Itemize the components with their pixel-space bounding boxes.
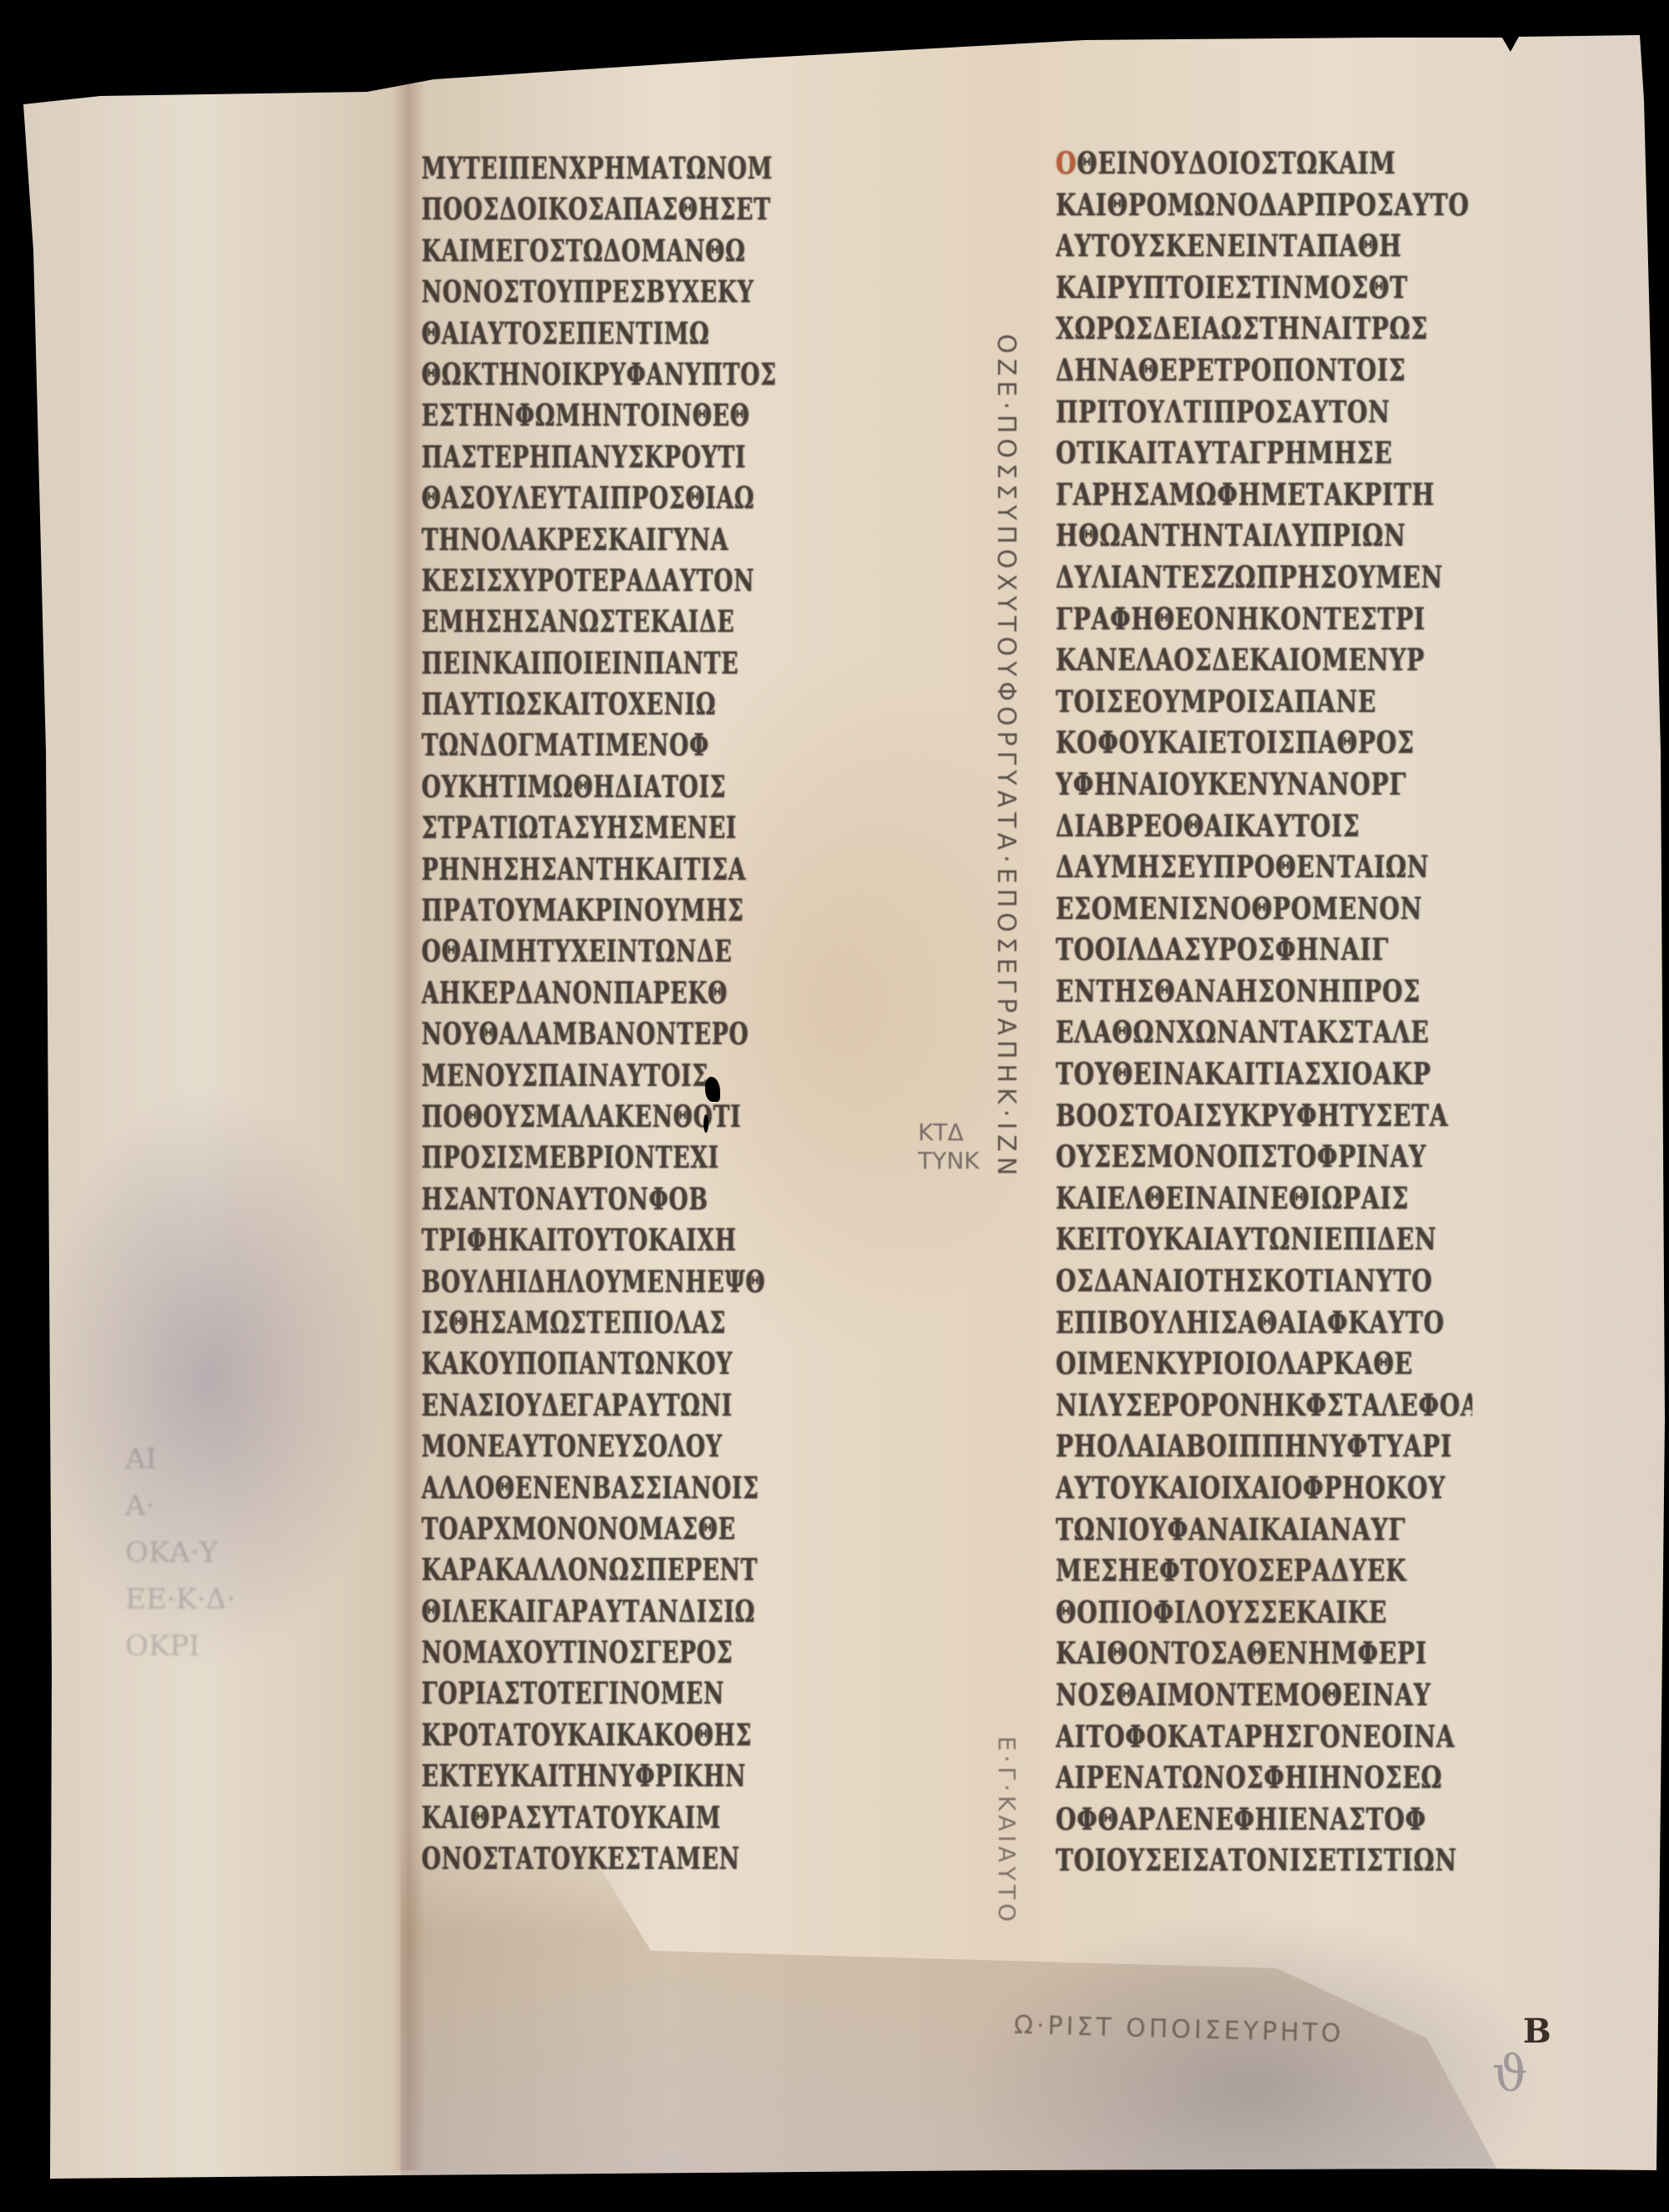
text-line-content: ΤΡΙΦΗΚΑΙΤΟΥΤΟΚΑΙΧΗ bbox=[421, 1223, 737, 1258]
text-line-content: ΤΟΑΡΧΜΟΝΟΝΟΜΑΣΘΕ bbox=[421, 1512, 736, 1547]
faded-line: Α· bbox=[125, 1482, 235, 1529]
text-line: ΑΙΤΟΦΟΚΑΤΑΡΗΣΓΟΝΕΟΙΝΑ bbox=[1056, 1717, 1472, 1759]
text-line-content: ΓΟΡΙΑΣΤΟΤΕΓΙΝΟΜΕΝ bbox=[421, 1676, 724, 1711]
text-line: ΣΤΡΑΤΙΩΤΑΣΥΗΣΜΕΝΕΙ bbox=[421, 808, 779, 849]
text-line: ΥΦΗΝΑΙΟΥΚΕΝΥΝΑΝΟΡΓ bbox=[1056, 765, 1472, 806]
text-line: ΝΟΣΘΑΙΜΟΝΤΕΜΟΘΕΙΝΑΥ bbox=[1056, 1675, 1472, 1717]
text-line-content: ΔΗΝΑΘΕΡΕΤΡΟΠΟΝΤΟΙΣ bbox=[1056, 353, 1406, 388]
text-line-content: ΘΑΙΑΥΤΟΣΕΠΕΝΤΙΜΩ bbox=[421, 316, 709, 351]
text-line: ΠΕΙΝΚΑΙΠΟΙΕΙΝΠΑΝΤΕ bbox=[421, 644, 779, 684]
text-line-content: ΤΗΝΟΛΑΚΡΕΣΚΑΙΓΥΝΑ bbox=[421, 523, 729, 558]
parchment-hole bbox=[703, 1114, 708, 1133]
text-line-content: ΑΥΤΟΥΚΑΙΟΙΧΑΙΟΦΡΗΟΚΟΥ bbox=[1056, 1471, 1445, 1506]
text-line-content: ΚΑΚΟΥΠΟΠΑΝΤΩΝΚΟΥ bbox=[421, 1346, 733, 1381]
text-line: ΝΙΛΥΣΕΡΟΡΟΝΗΚΦΣΤΑΛΕΦΟΑ bbox=[1056, 1386, 1472, 1427]
text-line-content: ΘΩΚΤΗΝΟΙΚΡΥΦΑΝΥΠΤΟΣ bbox=[421, 357, 777, 392]
text-line: ΕΝΑΣΙΟΥΔΕΓΑΡΑΥΤΩΝΙ bbox=[421, 1386, 779, 1427]
text-line-content: ΕΝΤΗΣΘΑΝΑΗΣΟΝΗΠΡΟΣ bbox=[1056, 974, 1420, 1009]
text-line-content: ΥΦΗΝΑΙΟΥΚΕΝΥΝΑΝΟΡΓ bbox=[1056, 767, 1406, 802]
text-line: ΚΑΙΜΕΓΟΣΤΩΔΟΜΑΝΘΩ bbox=[421, 231, 779, 272]
text-line-content: ΟΣΔΑΝΑΙΟΤΗΣΚΟΤΙΑΝΥΤΟ bbox=[1056, 1264, 1433, 1299]
text-line: ΘΩΚΤΗΝΟΙΚΡΥΦΑΝΥΠΤΟΣ bbox=[421, 355, 779, 396]
text-line-content: ΚΑΝΕΛΑΟΣΔΕΚΑΙΟΜΕΝΥΡ bbox=[1056, 643, 1424, 678]
text-line: ΝΟΥΘΑΛΑΜΒΑΝΟΝΤΕΡΟ bbox=[421, 1014, 779, 1055]
side-note-line: ΤΥΝΚ bbox=[918, 1147, 980, 1175]
text-line: ΕΜΗΣΗΣΑΝΩΣΤΕΚΑΙΔΕ bbox=[421, 602, 779, 643]
rubricated-initial: Ο bbox=[1056, 146, 1077, 181]
text-line-content: ΟΙΜΕΝΚΥΡΙΟΙΟΛΑΡΚΑΘΕ bbox=[1056, 1346, 1413, 1381]
text-line: ΝΟΝΟΣΤΟΥΠΡΕΣΒΥΧΕΚΥ bbox=[421, 272, 779, 313]
text-line: ΗΘΩΑΝΤΗΝΤΑΙΛΥΠΡΙΩΝ bbox=[1056, 516, 1472, 558]
text-line-content: ΚΑΙΘΡΑΣΥΤΑΤΟΥΚΑΙΜ bbox=[421, 1800, 721, 1836]
text-line-content: ΓΡΑΦΗΘΕΟΝΗΚΟΝΤΕΣΤΡΙ bbox=[1056, 602, 1425, 637]
text-line: ΜΕΝΟΥΣΠΑΙΝΑΥΤΟΙΣ bbox=[421, 1056, 779, 1097]
text-line: ΟΦΘΑΡΛΕΝΕΦΗΙΕΝΑΣΤΟΦ bbox=[1056, 1800, 1472, 1841]
text-line-content: ΚΑΙΡΥΠΤΟΙΕΣΤΙΝΜΟΣΘΤ bbox=[1056, 270, 1408, 306]
left-margin-faded-text: ΑΙ Α· ΟΚΑ·Υ ΕΕ·Κ·Δ· ΟΚΡΙ bbox=[125, 1436, 235, 1669]
text-line: ΑΥΤΟΥΣΚΕΝΕΙΝΤΑΠΑΘΗ bbox=[1056, 226, 1472, 268]
text-line-content: ΤΩΝΔΟΓΜΑΤΙΜΕΝΟΦ bbox=[421, 728, 709, 763]
text-line: ΘΙΛΕΚΑΙΓΑΡΑΥΤΑΝΔΙΣΙΩ bbox=[421, 1592, 779, 1633]
text-line: ΠΟΟΣΔΟΙΚΟΣΑΠΑΣΘΗΣΕΤ bbox=[421, 189, 779, 230]
text-line-content: ΘΟΠΙΟΦΙΛΟΥΣΣΕΚΑΙΚΕ bbox=[1056, 1595, 1387, 1630]
text-line: ΘΑΣΟΥΛΕΥΤΑΙΠΡΟΣΘΙΑΩ bbox=[421, 478, 779, 519]
text-line: ΟΥΣΕΣΜΟΝΟΠΣΤΟΦΡΙΝΑΥ bbox=[1056, 1137, 1472, 1179]
text-line: ΚΑΡΑΚΑΛΛΟΝΩΣΠΕΡΕΝΤ bbox=[421, 1550, 779, 1591]
text-line: ΚΑΙΘΡΑΣΥΤΑΤΟΥΚΑΙΜ bbox=[421, 1798, 779, 1839]
text-line: ΜΥΤΕΙΠΕΝΧΡΗΜΑΤΩΝΟΜ bbox=[421, 149, 779, 189]
text-line-content: ΟΤΙΚΑΙΤΑΥΤΑΓΡΗΜΗΣΕ bbox=[1056, 436, 1393, 471]
text-line: ΡΗΝΗΣΗΣΑΝΤΗΚΑΙΤΙΣΑ bbox=[421, 850, 779, 891]
text-line-content: ΚΑΙΜΕΓΟΣΤΩΔΟΜΑΝΘΩ bbox=[421, 234, 745, 269]
text-line: ΕΣΟΜΕΝΙΣΝΟΘΡΟΜΕΝΟΝ bbox=[1056, 889, 1472, 931]
text-line: ΟΤΙΚΑΙΤΑΥΤΑΓΡΗΜΗΣΕ bbox=[1056, 433, 1472, 475]
text-line: ΠΑΥΤΙΩΣΚΑΙΤΟΧΕΝΙΩ bbox=[421, 684, 779, 725]
text-line: ΓΡΑΦΗΘΕΟΝΗΚΟΝΤΕΣΤΡΙ bbox=[1056, 599, 1472, 641]
text-line: ΟΘΕΙΝΟΥΔΟΙΟΣΤΩΚΑΙΜ bbox=[1056, 144, 1472, 185]
text-line-content: ΚΟΦΟΥΚΑΙΕΤΟΙΣΠΑΘΡΟΣ bbox=[1056, 725, 1414, 760]
text-line-content: ΘΕΙΝΟΥΔΟΙΟΣΤΩΚΑΙΜ bbox=[1077, 146, 1395, 181]
text-line-content: ΠΡΟΣΙΣΜΕΒΡΙΟΝΤΕΧΙ bbox=[421, 1140, 719, 1175]
text-line-content: ΟΥΣΕΣΜΟΝΟΠΣΤΟΦΡΙΝΑΥ bbox=[1056, 1139, 1426, 1174]
text-line: ΚΑΙΘΟΝΤΟΣΑΘΕΝΗΜΦΕΡΙ bbox=[1056, 1634, 1472, 1675]
text-line-content: ΟΦΘΑΡΛΕΝΕΦΗΙΕΝΑΣΤΟΦ bbox=[1056, 1802, 1426, 1837]
text-line-content: ΘΑΣΟΥΛΕΥΤΑΙΠΡΟΣΘΙΑΩ bbox=[421, 481, 754, 516]
text-line: ΑΛΛΟΘΕΝΕΝΒΑΣΣΙΑΝΟΙΣ bbox=[421, 1468, 779, 1509]
text-line-content: ΝΟΝΟΣΤΟΥΠΡΕΣΒΥΧΕΚΥ bbox=[421, 275, 754, 310]
faded-line: ΟΚΑ·Υ bbox=[125, 1529, 235, 1576]
faded-line: ΟΚΡΙ bbox=[125, 1623, 235, 1669]
text-line-content: ΜΕΣΗΕΦΤΟΥΟΣΕΡΑΔΥΕΚ bbox=[1056, 1553, 1406, 1588]
text-line-content: ΒΟΥΛΗΙΔΗΛΟΥΜΕΝΗΕΨΘ bbox=[421, 1265, 765, 1300]
text-line-content: ΝΟΜΑΧΟΥΤΙΝΟΣΓΕΡΟΣ bbox=[421, 1635, 733, 1670]
text-line-content: ΤΟΙΟΥΣΕΙΣΑΤΟΝΙΣΕΤΙΣΤΙΩΝ bbox=[1056, 1843, 1457, 1878]
text-line: ΠΡΑΤΟΥΜΑΚΡΙΝΟΥΜΗΣ bbox=[421, 891, 779, 932]
text-line: ΤΟΥΘΕΙΝΑΚΑΙΤΙΑΣΧΙΟΑΚΡ bbox=[1056, 1054, 1472, 1096]
faded-line: ΕΕ·Κ·Δ· bbox=[125, 1576, 235, 1623]
text-line: ΕΣΤΗΝΦΩΜΗΝΤΟΙΝΘΕΘ bbox=[421, 396, 779, 437]
text-line-content: ΤΟΙΣΕΟΥΜΡΟΙΣΑΠΑΝΕ bbox=[1056, 684, 1376, 720]
text-line: ΔΑΥΜΗΣΕΥΠΡΟΘΕΝΤΑΙΩΝ bbox=[1056, 847, 1472, 889]
text-line: ΠΡΟΣΙΣΜΕΒΡΙΟΝΤΕΧΙ bbox=[421, 1138, 779, 1179]
text-line: ΔΗΝΑΘΕΡΕΤΡΟΠΟΝΤΟΙΣ bbox=[1056, 351, 1472, 392]
text-line: ΔΥΛΙΑΝΤΕΣΖΩΠΡΗΣΟΥΜΕΝ bbox=[1056, 558, 1472, 599]
text-line: ΕΠΙΒΟΥΛΗΙΣΑΘΑΙΑΦΚΑΥΤΟ bbox=[1056, 1303, 1472, 1345]
text-line: ΚΕΣΙΣΧΥΡΟΤΕΡΑΔΑΥΤΟΝ bbox=[421, 561, 779, 602]
text-line-content: ΟΥΚΗΤΙΜΩΘΗΔΙΑΤΟΙΣ bbox=[421, 770, 726, 805]
text-line-content: ΠΟΘΟΥΣΜΑΛΑΚΕΝΘΟΤΙ bbox=[421, 1099, 741, 1134]
text-line-content: ΑΛΛΟΘΕΝΕΝΒΑΣΣΙΑΝΟΙΣ bbox=[421, 1471, 759, 1506]
text-line: ΤΩΝΔΟΓΜΑΤΙΜΕΝΟΦ bbox=[421, 725, 779, 766]
text-line-content: ΠΑΥΤΙΩΣΚΑΙΤΟΧΕΝΙΩ bbox=[421, 687, 716, 722]
text-line: ΤΟΑΡΧΜΟΝΟΝΟΜΑΣΘΕ bbox=[421, 1509, 779, 1550]
text-line: ΓΑΡΗΣΑΜΩΦΗΜΕΤΑΚΡΙΤΗ bbox=[1056, 475, 1472, 517]
text-line-content: ΕΣΟΜΕΝΙΣΝΟΘΡΟΜΕΝΟΝ bbox=[1056, 891, 1422, 927]
text-line-content: ΕΝΑΣΙΟΥΔΕΓΑΡΑΥΤΩΝΙ bbox=[421, 1388, 733, 1423]
text-line-content: ΤΩΝΙΟΥΦΑΝΑΙΚΑΙΑΝΑΥΓ bbox=[1056, 1513, 1405, 1548]
folio-mark: ϑ bbox=[1492, 2045, 1528, 2103]
text-line: ΑΗΚΕΡΔΑΝΟΝΠΑΡΕΚΘ bbox=[421, 973, 779, 1014]
text-line-content: ΕΠΙΒΟΥΛΗΙΣΑΘΑΙΑΦΚΑΥΤΟ bbox=[1056, 1305, 1445, 1341]
manuscript-leaf: ΑΙ Α· ΟΚΑ·Υ ΕΕ·Κ·Δ· ΟΚΡΙ ΜΥΤΕΙΠΕΝΧΡΗΜΑΤΩ… bbox=[0, 0, 1669, 2212]
center-side-note: ΚΤΔ ΤΥΝΚ bbox=[918, 1119, 980, 1175]
text-line-content: ΡΗΝΗΣΗΣΑΝΤΗΚΑΙΤΙΣΑ bbox=[421, 852, 746, 887]
text-line-content: ΟΘΑΙΜΗΤΥΧΕΙΝΤΩΝΔΕ bbox=[421, 934, 732, 969]
text-line-content: ΠΡΙΤΟΥΛΤΙΠΡΟΣΑΥΤΟΝ bbox=[1056, 395, 1390, 430]
text-line-content: ΚΑΙΕΛΘΕΙΝΑΙΝΕΘΙΩΡΑΙΣ bbox=[1056, 1181, 1409, 1216]
text-line-content: ΠΟΟΣΔΟΙΚΟΣΑΠΑΣΘΗΣΕΤ bbox=[421, 192, 771, 227]
text-line: ΚΑΙΘΡΟΜΩΝΟΔΑΡΠΡΟΣΑΥΤΟ bbox=[1056, 185, 1472, 227]
text-line-content: ΧΩΡΩΣΔΕΙΑΩΣΤΗΝΑΙΤΡΩΣ bbox=[1056, 311, 1428, 346]
text-line-content: ΚΕΣΙΣΧΥΡΟΤΕΡΑΔΑΥΤΟΝ bbox=[421, 563, 754, 598]
text-line-content: ΚΑΡΑΚΑΛΛΟΝΩΣΠΕΡΕΝΤ bbox=[421, 1553, 758, 1588]
text-line: ΝΟΜΑΧΟΥΤΙΝΟΣΓΕΡΟΣ bbox=[421, 1633, 779, 1674]
text-line: ΠΡΙΤΟΥΛΤΙΠΡΟΣΑΥΤΟΝ bbox=[1056, 392, 1472, 434]
faded-line: ΑΙ bbox=[125, 1436, 235, 1482]
text-line-content: ΑΙΡΕΝΑΤΩΝΟΣΦΗΙΗΝΟΣΕΩ bbox=[1056, 1760, 1442, 1795]
text-line: ΤΟΟΙΛΔΑΣΥΡΟΣΦΗΝΑΙΓ bbox=[1056, 930, 1472, 972]
text-line-content: ΕΚΤΕΥΚΑΙΤΗΝΥΦΡΙΚΗΝ bbox=[421, 1759, 746, 1794]
text-line: ΜΕΣΗΕΦΤΟΥΟΣΕΡΑΔΥΕΚ bbox=[1056, 1551, 1472, 1593]
text-line: ΗΣΑΝΤΟΝΑΥΤΟΝΦΟΒ bbox=[421, 1179, 779, 1220]
text-line: ΤΟΙΣΕΟΥΜΡΟΙΣΑΠΑΝΕ bbox=[1056, 682, 1472, 724]
text-line-content: ΒΟΟΣΤΟΑΙΣΥΚΡΥΦΗΤΥΣΕΤΑ bbox=[1056, 1098, 1449, 1134]
text-line: ΜΟΝΕΑΥΤΟΝΕΥΣΟΛΟΥ bbox=[421, 1427, 779, 1467]
right-text-column: ΟΘΕΙΝΟΥΔΟΙΟΣΤΩΚΑΙΜΚΑΙΘΡΟΜΩΝΟΔΑΡΠΡΟΣΑΥΤΟΑ… bbox=[1056, 144, 1590, 1882]
left-text-column: ΜΥΤΕΙΠΕΝΧΡΗΜΑΤΩΝΟΜΠΟΟΣΔΟΙΚΟΣΑΠΑΣΘΗΣΕΤΚΑΙ… bbox=[421, 149, 905, 1880]
center-vertical-marginal-note: ΟΖΕ·ΠΟΣΣΥΠΟΧΥΤΟΥΦΟΡΓΥΑΤΑ·ΕΠΟΣΕΓΡΑΠΗΚ·ΙΖΝ bbox=[987, 334, 1021, 1180]
text-line-content: ΜΕΝΟΥΣΠΑΙΝΑΥΤΟΙΣ bbox=[421, 1058, 708, 1093]
text-line: ΒΟΥΛΗΙΔΗΛΟΥΜΕΝΗΕΨΘ bbox=[421, 1262, 779, 1303]
text-line: ΕΝΤΗΣΘΑΝΑΗΣΟΝΗΠΡΟΣ bbox=[1056, 972, 1472, 1013]
text-line: ΟΥΚΗΤΙΜΩΘΗΔΙΑΤΟΙΣ bbox=[421, 767, 779, 808]
text-line: ΟΘΑΙΜΗΤΥΧΕΙΝΤΩΝΔΕ bbox=[421, 932, 779, 972]
text-line: ΘΑΙΑΥΤΟΣΕΠΕΝΤΙΜΩ bbox=[421, 314, 779, 355]
text-line: ΤΩΝΙΟΥΦΑΝΑΙΚΑΙΑΝΑΥΓ bbox=[1056, 1510, 1472, 1552]
text-line-content: ΚΕΙΤΟΥΚΑΙΑΥΤΩΝΙΕΠΙΔΕΝ bbox=[1056, 1222, 1436, 1257]
text-line: ΚΑΙΡΥΠΤΟΙΕΣΤΙΝΜΟΣΘΤ bbox=[1056, 268, 1472, 310]
text-line: ΚΑΝΕΛΑΟΣΔΕΚΑΙΟΜΕΝΥΡ bbox=[1056, 640, 1472, 682]
text-line: ΤΟΙΟΥΣΕΙΣΑΤΟΝΙΣΕΤΙΣΤΙΩΝ bbox=[1056, 1841, 1472, 1882]
text-line-content: ΤΟΟΙΛΔΑΣΥΡΟΣΦΗΝΑΙΓ bbox=[1056, 932, 1389, 967]
text-line: ΓΟΡΙΑΣΤΟΤΕΓΙΝΟΜΕΝ bbox=[421, 1674, 779, 1715]
text-line-content: ΕΛΑΘΩΝΧΩΝΑΝΤΑΚΣΤΑΛΕ bbox=[1056, 1015, 1429, 1050]
text-line-content: ΡΗΟΛΑΙΑΒΟΙΠΠΗΝΥΦΤΥΑΡΙ bbox=[1056, 1429, 1452, 1464]
text-line: ΙΣΘΗΣΑΜΩΣΤΕΠΙΟΛΑΣ bbox=[421, 1303, 779, 1344]
text-line-content: ΑΥΤΟΥΣΚΕΝΕΙΝΤΑΠΑΘΗ bbox=[1056, 229, 1402, 264]
text-line-content: ΗΘΩΑΝΤΗΝΤΑΙΛΥΠΡΙΩΝ bbox=[1056, 518, 1406, 553]
text-line: ΒΟΟΣΤΟΑΙΣΥΚΡΥΦΗΤΥΣΕΤΑ bbox=[1056, 1096, 1472, 1138]
text-line-content: ΗΣΑΝΤΟΝΑΥΤΟΝΦΟΒ bbox=[421, 1182, 708, 1217]
text-line-content: ΝΙΛΥΣΕΡΟΡΟΝΗΚΦΣΤΑΛΕΦΟΑ bbox=[1056, 1388, 1472, 1423]
text-line: ΑΙΡΕΝΑΤΩΝΟΣΦΗΙΗΝΟΣΕΩ bbox=[1056, 1758, 1472, 1800]
text-line-content: ΚΑΙΘΟΝΤΟΣΑΘΕΝΗΜΦΕΡΙ bbox=[1056, 1636, 1427, 1671]
text-line-content: ΑΗΚΕΡΔΑΝΟΝΠΑΡΕΚΘ bbox=[421, 976, 728, 1011]
text-line-content: ΠΕΙΝΚΑΙΠΟΙΕΙΝΠΑΝΤΕ bbox=[421, 646, 739, 681]
text-line: ΟΣΔΑΝΑΙΟΤΗΣΚΟΤΙΑΝΥΤΟ bbox=[1056, 1261, 1472, 1303]
text-line-content: ΠΑΣΤΕΡΗΠΑΝΥΣΚΡΟΥΤΙ bbox=[421, 440, 746, 475]
text-line-content: ΚΡΟΤΑΤΟΥΚΑΙΚΑΚΟΘΗΣ bbox=[421, 1718, 752, 1753]
text-line: ΡΗΟΛΑΙΑΒΟΙΠΠΗΝΥΦΤΥΑΡΙ bbox=[1056, 1427, 1472, 1468]
text-line-content: ΓΑΡΗΣΑΜΩΦΗΜΕΤΑΚΡΙΤΗ bbox=[1056, 477, 1435, 513]
text-line: ΚΟΦΟΥΚΑΙΕΤΟΙΣΠΑΘΡΟΣ bbox=[1056, 723, 1472, 765]
text-line: ΕΛΑΘΩΝΧΩΝΑΝΤΑΚΣΤΑΛΕ bbox=[1056, 1013, 1472, 1054]
text-line-content: ΕΜΗΣΗΣΑΝΩΣΤΕΚΑΙΔΕ bbox=[421, 604, 734, 639]
text-line: ΑΥΤΟΥΚΑΙΟΙΧΑΙΟΦΡΗΟΚΟΥ bbox=[1056, 1468, 1472, 1510]
text-line-content: ΜΥΤΕΙΠΕΝΧΡΗΜΑΤΩΝΟΜ bbox=[421, 151, 773, 186]
center-lower-vertical-note: Ε·Γ·ΚΑΙΑΥΤΟ bbox=[987, 1736, 1021, 1926]
text-line: ΠΟΘΟΥΣΜΑΛΑΚΕΝΘΟΤΙ bbox=[421, 1097, 779, 1138]
text-line-content: ΙΣΘΗΣΑΜΩΣΤΕΠΙΟΛΑΣ bbox=[421, 1305, 726, 1341]
text-line: ΕΚΤΕΥΚΑΙΤΗΝΥΦΡΙΚΗΝ bbox=[421, 1756, 779, 1797]
text-line: ΟΝΟΣΤΑΤΟΥΚΕΣΤΑΜΕΝ bbox=[421, 1839, 779, 1880]
text-line-content: ΟΝΟΣΤΑΤΟΥΚΕΣΤΑΜΕΝ bbox=[421, 1841, 740, 1876]
text-line: ΚΕΙΤΟΥΚΑΙΑΥΤΩΝΙΕΠΙΔΕΝ bbox=[1056, 1220, 1472, 1261]
text-line-content: ΜΟΝΕΑΥΤΟΝΕΥΣΟΛΟΥ bbox=[421, 1429, 723, 1464]
text-line: ΠΑΣΤΕΡΗΠΑΝΥΣΚΡΟΥΤΙ bbox=[421, 437, 779, 478]
text-line-content: ΤΟΥΘΕΙΝΑΚΑΙΤΙΑΣΧΙΟΑΚΡ bbox=[1056, 1057, 1431, 1092]
text-line: ΘΟΠΙΟΦΙΛΟΥΣΣΕΚΑΙΚΕ bbox=[1056, 1593, 1472, 1634]
text-line-content: ΑΙΤΟΦΟΚΑΤΑΡΗΣΓΟΝΕΟΙΝΑ bbox=[1056, 1720, 1455, 1755]
text-line-content: ΔΙΑΒΡΕΟΘΑΙΚΑΥΤΟΙΣ bbox=[1056, 809, 1360, 844]
text-line: ΤΡΙΦΗΚΑΙΤΟΥΤΟΚΑΙΧΗ bbox=[421, 1220, 779, 1261]
text-line: ΚΑΚΟΥΠΟΠΑΝΤΩΝΚΟΥ bbox=[421, 1344, 779, 1385]
text-line: ΔΙΑΒΡΕΟΘΑΙΚΑΥΤΟΙΣ bbox=[1056, 806, 1472, 848]
text-line: ΧΩΡΩΣΔΕΙΑΩΣΤΗΝΑΙΤΡΩΣ bbox=[1056, 309, 1472, 351]
text-line-content: ΣΤΡΑΤΙΩΤΑΣΥΗΣΜΕΝΕΙ bbox=[421, 811, 737, 846]
text-line: ΤΗΝΟΛΑΚΡΕΣΚΑΙΓΥΝΑ bbox=[421, 520, 779, 561]
text-line-content: ΔΑΥΜΗΣΕΥΠΡΟΘΕΝΤΑΙΩΝ bbox=[1056, 850, 1429, 885]
side-note-line: ΚΤΔ bbox=[918, 1119, 980, 1147]
text-line-content: ΚΑΙΘΡΟΜΩΝΟΔΑΡΠΡΟΣΑΥΤΟ bbox=[1056, 188, 1470, 223]
text-line-content: ΘΙΛΕΚΑΙΓΑΡΑΥΤΑΝΔΙΣΙΩ bbox=[421, 1594, 755, 1629]
text-line: ΚΡΟΤΑΤΟΥΚΑΙΚΑΚΟΘΗΣ bbox=[421, 1715, 779, 1756]
text-line-content: ΝΟΥΘΑΛΑΜΒΑΝΟΝΤΕΡΟ bbox=[421, 1017, 749, 1052]
text-line-content: ΝΟΣΘΑΙΜΟΝΤΕΜΟΘΕΙΝΑΥ bbox=[1056, 1678, 1431, 1713]
text-line-content: ΠΡΑΤΟΥΜΑΚΡΙΝΟΥΜΗΣ bbox=[421, 893, 744, 928]
text-line: ΚΑΙΕΛΘΕΙΝΑΙΝΕΘΙΩΡΑΙΣ bbox=[1056, 1179, 1472, 1220]
text-line-content: ΔΥΛΙΑΝΤΕΣΖΩΠΡΗΣΟΥΜΕΝ bbox=[1056, 560, 1443, 595]
text-line: ΟΙΜΕΝΚΥΡΙΟΙΟΛΑΡΚΑΘΕ bbox=[1056, 1344, 1472, 1386]
text-line-content: ΕΣΤΗΝΦΩΜΗΝΤΟΙΝΘΕΘ bbox=[421, 398, 750, 433]
